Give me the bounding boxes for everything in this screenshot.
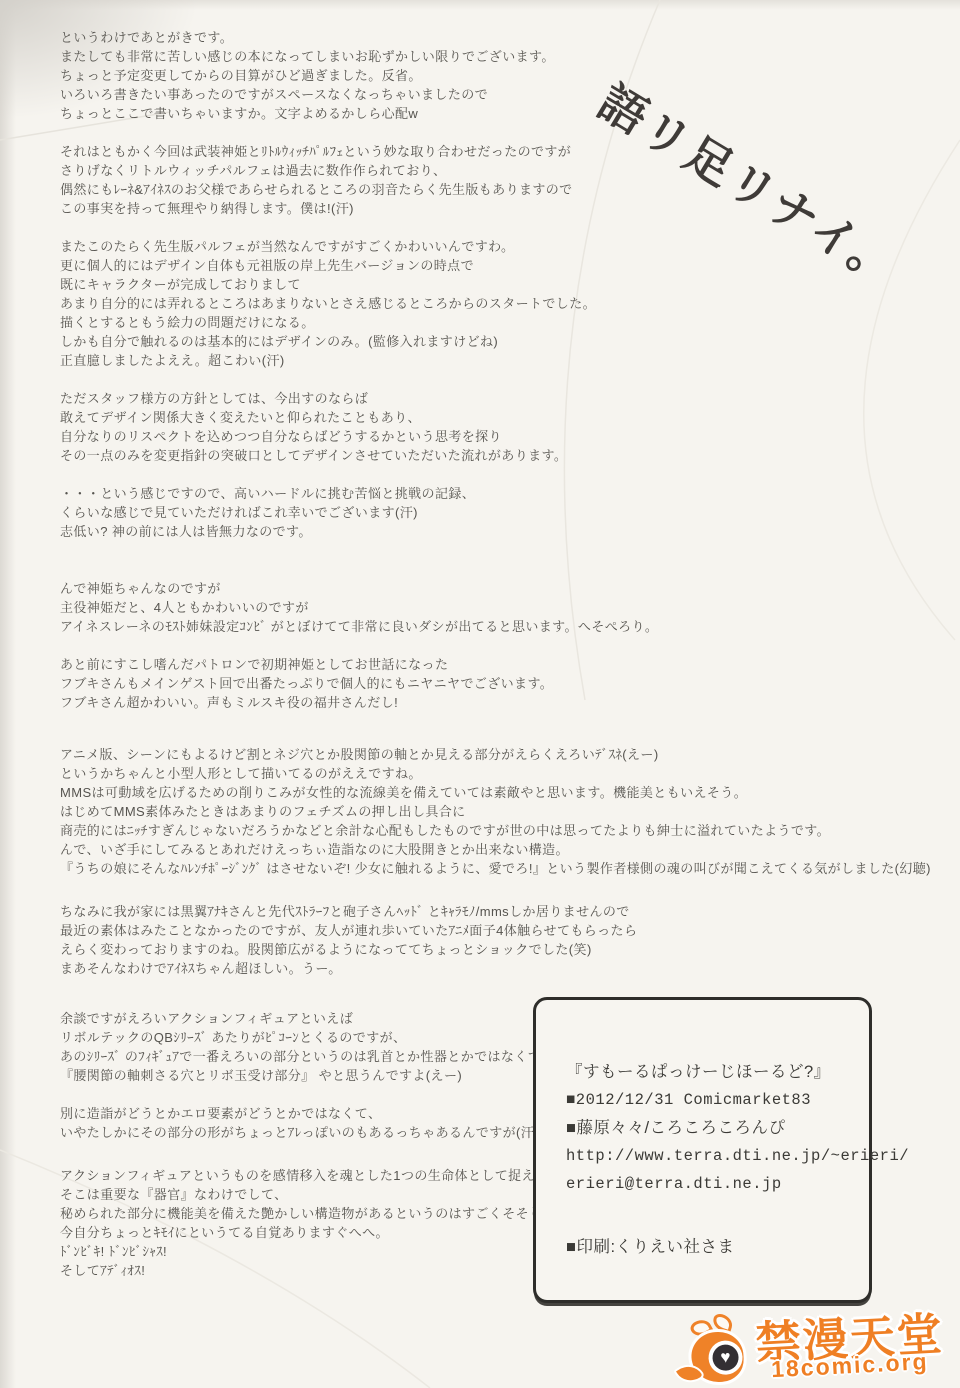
- text-line: ちょっとここで書いちゃいますか。文字よめるかしら心配w: [60, 104, 950, 123]
- text-line: MMSは可動域を広げるための削りこみが女性的な流線美を備えていては素敵やと思いま…: [60, 783, 950, 802]
- text-line: 更に個人的にはデザイン自体も元祖版の岸上先生バージョンの時点で: [60, 256, 950, 275]
- text-line: ちょっと予定変更してからの目算がひど過ぎました。反省。: [60, 66, 950, 85]
- scanned-page: 語リ足リナイ。 というわけであとがきです。 またしても非常に苦しい感じの本になっ…: [0, 0, 960, 1388]
- orange-mascot-heart-icon: ♥: [683, 1319, 752, 1388]
- event-date: ■2012/12/31 Comicmarket83: [566, 1086, 869, 1114]
- paragraph: アニメ版、シーンにもよるけど割とネジ穴とか股関節の軸とか見える部分がえらくえろい…: [60, 745, 950, 878]
- paragraph: ちなみに我が家には黒翼ｱﾅｷさんと先代ｽﾄﾗｰﾌと砲子さんﾍｯﾄﾞ とｷｬﾗﾓﾉ…: [60, 902, 950, 978]
- text-line: アイネスレーネのﾓｽﾄ姉妹設定ｺﾝﾋﾞ がとぼけてて非常に良いダシが出てると思い…: [60, 617, 950, 636]
- text-line: ・・・という感じですので、高いハードルに挑む苦悩と挑戦の記録、: [60, 484, 950, 503]
- text-line: 既にキャラクターが完成しておりまして: [60, 275, 950, 294]
- book-title: 『すもーるぱっけーじほーるど?』: [566, 1058, 869, 1086]
- paragraph: というわけであとがきです。 またしても非常に苦しい感じの本になってしまいお恥ずか…: [60, 28, 950, 123]
- text-line: ただスタッフ様方の方針としては、今出すのならば: [60, 389, 950, 408]
- text-line: まあそんなわけでｱｲﾈｽちゃん超ほしい。うー。: [60, 959, 950, 978]
- text-line: 最近の素体はみたことなかったのですが、友人が連れ歩いていたｱﾆﾒ面子4体触らせて…: [60, 921, 950, 940]
- printer-credit: ■印刷:くりえい社さま: [566, 1233, 869, 1261]
- text-line: 正直臆しましたよええ。超こわい(汗): [60, 351, 950, 370]
- text-line: はじめてMMS素体みたときはあまりのフェチズムの押し出し具合に: [60, 802, 950, 821]
- text-line: さりげなくリトルウィッチパルフェは過去に数作作られており、: [60, 161, 950, 180]
- text-line: それはともかく今回は武装神姫とﾘﾄﾙｳｨｯﾁﾊﾟﾙﾌｪという妙な取り合わせだった…: [60, 142, 950, 161]
- text-line: 『うちの娘にそんなﾊﾚﾝﾁﾎﾟｰｼﾞﾝｸﾞ はさせないぞ! 少女に触れるように、…: [60, 859, 950, 878]
- text-line: 偶然にもﾚｰﾈ&ｱｲﾈｽのお父様であらせられるところの羽音たらく先生版もあります…: [60, 180, 950, 199]
- watermark: ♥ 禁漫天堂 18comic.org: [666, 1294, 960, 1388]
- text-line: 主役神姫だと、4人ともかわいいのですが: [60, 598, 950, 617]
- website-url: http://www.terra.dti.ne.jp/~erieri/: [566, 1142, 869, 1170]
- text-line: 自分なりのリスペクトを込めつつ自分ならばどうするかという思考を探り: [60, 427, 950, 446]
- text-line: 描くとするともう絵力の問題だけになる。: [60, 313, 950, 332]
- paragraph: それはともかく今回は武装神姫とﾘﾄﾙｳｨｯﾁﾊﾟﾙﾌｪという妙な取り合わせだった…: [60, 142, 950, 218]
- text-line: いろいろ書きたい事あったのですがスペースなくなっちゃいましたので: [60, 85, 950, 104]
- text-line: またこのたらく先生版パルフェが当然なんですがすごくかわいいんですわ。: [60, 237, 950, 256]
- paragraph: ・・・という感じですので、高いハードルに挑む苦悩と挑戦の記録、 くらいな感じで見…: [60, 484, 950, 541]
- paragraph: またこのたらく先生版パルフェが当然なんですがすごくかわいいんですわ。 更に個人的…: [60, 237, 950, 370]
- text-line: 敢えてデザイン関係大きく変えたいと仰られたこともあり、: [60, 408, 950, 427]
- text-line: ちなみに我が家には黒翼ｱﾅｷさんと先代ｽﾄﾗｰﾌと砲子さんﾍｯﾄﾞ とｷｬﾗﾓﾉ…: [60, 902, 950, 921]
- text-line: というかちゃんと小型人形として描いてるのがええですね。: [60, 764, 950, 783]
- text-line: んで神姫ちゃんなのですが: [60, 579, 950, 598]
- email-address: erieri@terra.dti.ne.jp: [566, 1170, 869, 1198]
- author-circle: ■藤原々々/ころころころんぴ: [566, 1114, 869, 1142]
- paragraph: んで神姫ちゃんなのですが 主役神姫だと、4人ともかわいいのですが アイネスレーネ…: [60, 579, 950, 636]
- text-line: この事実を持って無理やり納得します。僕は!(汗): [60, 199, 950, 218]
- text-line: あまり自分的には弄れるところはあまりないとさえ感じるところからのスタートでした。: [60, 294, 950, 313]
- text-line: んで、いざ手にしてみるとあれだけえっちぃ造詣なのに大股開きとか出来ない構造。: [60, 840, 950, 859]
- text-line: くらいな感じで見ていただければこれ幸いでございます(汗): [60, 503, 950, 522]
- text-line: アニメ版、シーンにもよるけど割とネジ穴とか股関節の軸とか見える部分がえらくえろい…: [60, 745, 950, 764]
- paragraph: ただスタッフ様方の方針としては、今出すのならば 敢えてデザイン関係大きく変えたい…: [60, 389, 950, 465]
- text-line: その一点のみを変更指針の突破口としてデザインさせていただいた流れがあります。: [60, 446, 950, 465]
- text-line: フブキさん超かわいい。声もミルスキ役の福井さんだし!: [60, 693, 950, 712]
- text-line: 商売的にはﾆｯﾁすぎんじゃないだろうかなどと余計な心配もしたものですが世の中は思…: [60, 821, 950, 840]
- colophon-box: 『すもーるぱっけーじほーるど?』 ■2012/12/31 Comicmarket…: [533, 997, 872, 1303]
- text-line: あと前にすこし嗜んだパトロンで初期神姫としてお世話になった: [60, 655, 950, 674]
- paragraph: あと前にすこし嗜んだパトロンで初期神姫としてお世話になった フブキさんもメインゲ…: [60, 655, 950, 712]
- text-line: またしても非常に苦しい感じの本になってしまいお恥ずかしい限りでございます。: [60, 47, 950, 66]
- text-line: 志低い? 神の前には人は皆無力なのです。: [60, 522, 950, 541]
- text-line: フブキさんもメインゲスト回で出番たっぷりで個人的にもニヤニヤでございます。: [60, 674, 950, 693]
- scan-edge-shading-left: [0, 0, 16, 1388]
- text-line: しかも自分で触れるのは基本的にはデザインのみ。(監修入れますけどね): [60, 332, 950, 351]
- text-line: えらく変わっておりますのね。股関節広がるようになっててちょっとショックでした(笑…: [60, 940, 950, 959]
- text-line: というわけであとがきです。: [60, 28, 950, 47]
